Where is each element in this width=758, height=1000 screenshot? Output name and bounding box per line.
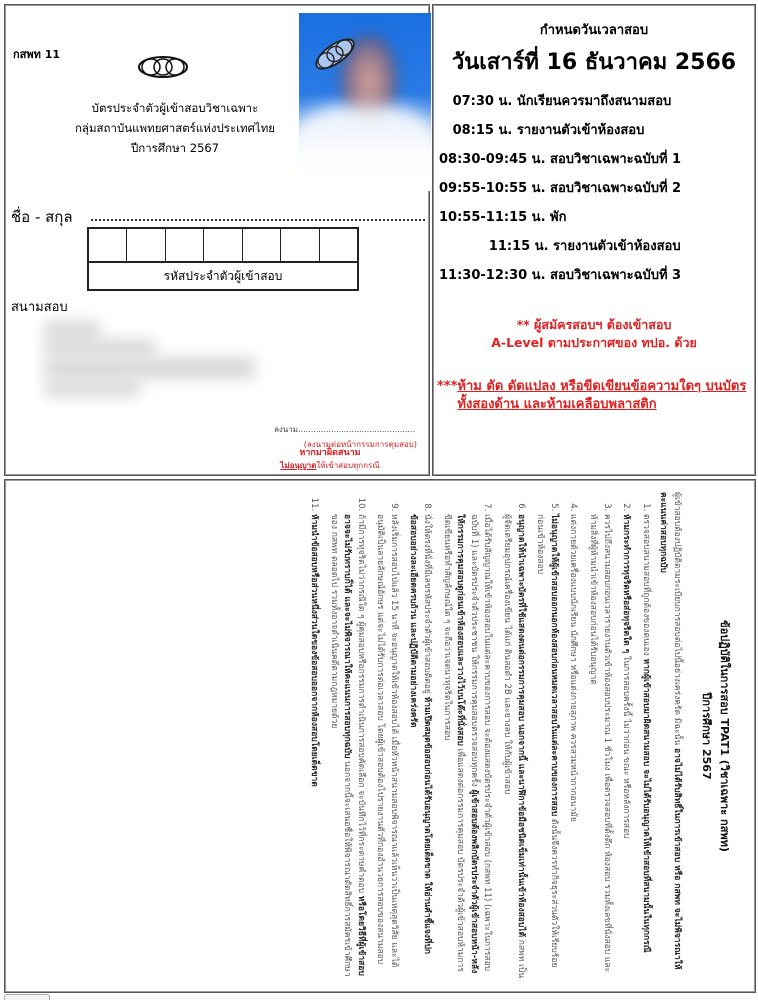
rule-text: ตรวจสอบสนามสอบที่ถูกต้องของตนเอง	[641, 514, 651, 659]
schedule-row: 11:30-12:30 น. สอบวิชาเฉพาะฉบับที่ 3	[439, 261, 755, 290]
page-control-button[interactable]	[4, 994, 50, 1000]
venue-redacted	[45, 379, 140, 397]
rule-item: ไม่อนุญาตให้ผู้เข้าสอบออกนอกห้องสอบก่อนห…	[533, 514, 560, 980]
id-digit-cell	[166, 229, 204, 261]
schedule-row: 08:15 น. รายงานตัวเข้าห้องสอบ	[439, 116, 755, 145]
form-code: กสพท 11	[13, 45, 60, 63]
card-title-line: กลุ่มสถาบันแพทยศาสตร์แห่งประเทศไทย	[5, 118, 345, 138]
rule-item: หลังเริ่มการสอบไปแล้ว 15 นาที จะอนุญาตให…	[373, 514, 400, 980]
rule-text: ถ้ามีการทุจริตไม่ว่ากรณีใด ๆ ผู้คุมสอบหร…	[356, 514, 366, 896]
venue-redacted	[45, 321, 100, 341]
rule-item: ถ้ามีการทุจริตไม่ว่ากรณีใด ๆ ผู้คุมสอบหร…	[326, 514, 367, 980]
a-level-notice-line: ** ผู้สมัครสอบฯ ต้องเข้าสอบ	[433, 316, 755, 334]
wrong-venue-title: หากมาผิดสนาม	[255, 445, 405, 459]
candidate-photo	[299, 13, 431, 191]
id-digit-cell	[320, 229, 357, 261]
rules-rotated-content: ข้อปฏิบัติในการสอบ TPAT1 (วิชาเฉพาะ กสพท…	[5, 480, 755, 992]
card-title-line: บัตรประจำตัวผู้เข้าสอบวิชาเฉพาะ	[5, 98, 345, 118]
id-label: รหัสประจำตัวผู้เข้าสอบ	[89, 263, 357, 289]
exam-date: วันเสาร์ที่ 16 ธันวาคม 2566	[433, 44, 755, 79]
schedule-heading: กำหนดวันเวลาสอบ	[433, 19, 755, 40]
id-digit-cell	[243, 229, 281, 261]
rules-title: ข้อปฏิบัติในการสอบ TPAT1 (วิชาเฉพาะ กสพท…	[697, 492, 733, 980]
rule-item: อนุญาตให้นำเฉพาะบัตรที่ใช้แสดงตนต่อกรรมก…	[499, 514, 526, 980]
rule-text: ควรไปถึงสนามสอบก่อนเวลารายงานตัวเข้าห้อง…	[588, 514, 612, 972]
rules-list: ตรวจสอบสนามสอบที่ถูกต้องของตนเอง หากผู้เ…	[306, 492, 651, 980]
schedule-row: 08:30-09:45 น. สอบวิชาเฉพาะฉบับที่ 1	[439, 145, 755, 174]
id-digit-cell	[127, 229, 165, 261]
venue-label: สนามสอบ	[11, 296, 68, 317]
rule-text: หลังเริ่มการสอบไปแล้ว 15 นาที จะอนุญาตให…	[375, 514, 399, 967]
signature-line: ลงนาม...................................…	[5, 423, 425, 436]
not-allowed-text: ไม่อนุญาต	[280, 461, 316, 470]
rule-bold-text: อนุญาตให้นำเฉพาะบัตรที่ใช้แสดงตนต่อกรรมก…	[516, 514, 526, 937]
rule-bold-text: หากผู้เข้าสอบมาผิดสนามสอบ จะไม่ได้รับอนุ…	[641, 659, 651, 953]
wrong-venue-rest: ให้เข้าสอบทุกกรณี	[316, 461, 379, 470]
rule-text: นั่งให้ตรงที่นั่งที่มีเลขรหัสประจำตัวผู้…	[422, 514, 432, 697]
rules-intro-text: ผู้เข้าสอบต้องปฏิบัติตามระเบียบการสอบต่อ…	[672, 492, 682, 748]
rules-title-line: ปีการศึกษา 2567	[697, 492, 715, 980]
rule-item: นั่งให้ตรงที่นั่งที่มีเลขรหัสประจำตัวผู้…	[406, 514, 433, 980]
schedule-list: 07:30 น. นักเรียนควรมาถึงสนามสอบ 08:15 น…	[433, 87, 755, 290]
rule-text: ในการสอบครั้งนี้ ไม่ว่าก่อน ขณะ หรือหลัง…	[621, 653, 631, 838]
a-level-notice-line: A-Level ตามประกาศของ ทปอ. ด้วย	[433, 334, 755, 352]
exam-rules-card: ข้อปฏิบัติในการสอบ TPAT1 (วิชาเฉพาะ กสพท…	[4, 479, 756, 993]
schedule-row: 07:30 น. นักเรียนควรมาถึงสนามสอบ	[439, 87, 755, 116]
exam-schedule-card: กำหนดวันเวลาสอบ วันเสาร์ที่ 16 ธันวาคม 2…	[432, 4, 756, 476]
rule-item: ห้ามนำข้อสอบหรือส่วนหนึ่งส่วนใดของข้อสอบ…	[306, 514, 320, 980]
no-modification-text: ห้าม ตัด ดัดแปลง หรือขีดเขียนข้อความใดๆ …	[457, 378, 755, 414]
schedule-row: 11:15 น. รายงานตัวเข้าห้องสอบ	[439, 232, 755, 261]
rule-item: ห้ามกระทำการทุจริตหรือส่อทุจริตใด ๆ ในกา…	[619, 514, 633, 980]
venue-redacted	[45, 357, 255, 379]
photo-body-blurred	[299, 105, 431, 191]
kspt-logo-icon	[137, 55, 189, 79]
id-digit-cell	[89, 229, 127, 261]
name-field	[91, 219, 425, 221]
rule-text: แต่งกายด้วยเครื่องแบบนักเรียน นักศึกษา ห…	[568, 514, 578, 822]
rule-item: แต่งกายด้วยเครื่องแบบนักเรียน นักศึกษา ห…	[566, 514, 580, 980]
rule-item: ตรวจสอบสนามสอบที่ถูกต้องของตนเอง หากผู้เ…	[638, 514, 652, 980]
rule-bold-text: ไม่อนุญาตให้ผู้เข้าสอบออกนอกห้องสอบก่อนห…	[549, 514, 559, 816]
schedule-row: 09:55-10:55 น. สอบวิชาเฉพาะฉบับที่ 2	[439, 174, 755, 203]
rule-bold-text: ห้ามกระทำการทุจริตหรือส่อทุจริตใด ๆ	[621, 514, 631, 653]
wrong-venue-text: ไม่อนุญาตให้เข้าสอบทุกกรณี	[255, 459, 405, 472]
id-digit-cell	[281, 229, 319, 261]
id-digit-cell	[204, 229, 242, 261]
exam-id-card-front: กสพท 11 บัตรประจำตัวผู้เข้าสอบวิชาเฉพาะ …	[4, 4, 430, 476]
rule-bold-text: ห้ามนำข้อสอบหรือส่วนหนึ่งส่วนใดของข้อสอบ…	[309, 514, 319, 787]
rule-item: เมื่อได้รับสัญญาณให้เข้าห้องสอบในแต่ละคา…	[439, 514, 493, 980]
a-level-notice: ** ผู้สมัครสอบฯ ต้องเข้าสอบ A-Level ตามป…	[433, 316, 755, 352]
candidate-id-box: รหัสประจำตัวผู้เข้าสอบ	[87, 227, 359, 291]
schedule-row: 10:55-11:15 น. พัก	[439, 203, 755, 232]
card-title: บัตรประจำตัวผู้เข้าสอบวิชาเฉพาะ กลุ่มสถา…	[5, 98, 345, 158]
name-label: ชื่อ - สกุล	[11, 205, 73, 229]
rule-item: ควรไปถึงสนามสอบก่อนเวลารายงานตัวเข้าห้อง…	[585, 514, 612, 980]
rules-title-line: ข้อปฏิบัติในการสอบ TPAT1 (วิชาเฉพาะ กสพท…	[715, 492, 733, 980]
rules-intro: ผู้เข้าสอบต้องปฏิบัติตามระเบียบการสอบต่อ…	[656, 492, 683, 980]
no-modification-notice: *** ห้าม ตัด ดัดแปลง หรือขีดเขียนข้อความ…	[433, 378, 755, 414]
wrong-venue-warning: หากมาผิดสนาม ไม่อนุญาตให้เข้าสอบทุกกรณี	[255, 445, 405, 472]
card-title-line: ปีการศึกษา 2567	[5, 138, 345, 158]
venue-redacted	[45, 339, 155, 357]
notice-stars: ***	[437, 378, 457, 414]
